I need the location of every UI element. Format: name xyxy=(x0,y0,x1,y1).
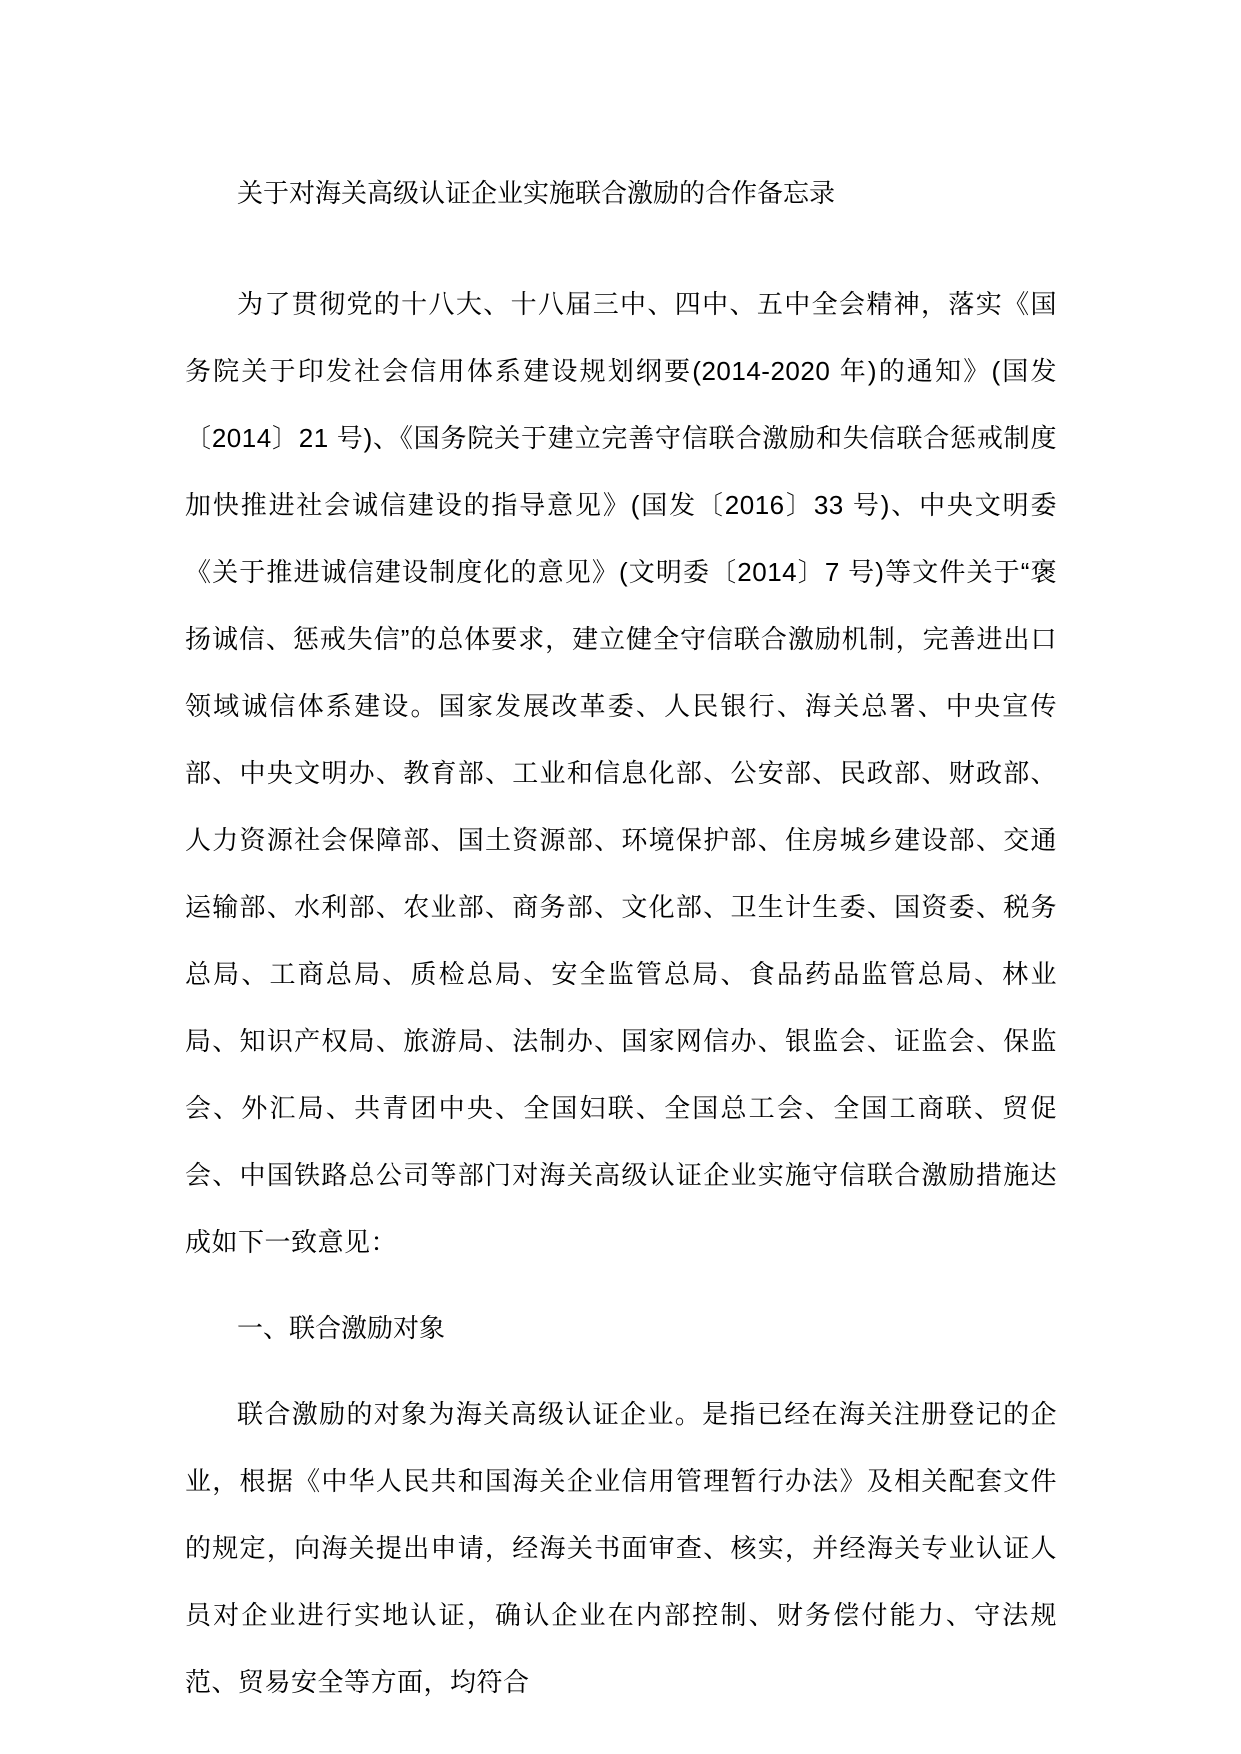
document-title: 关于对海关高级认证企业实施联合激励的合作备忘录 xyxy=(185,160,1057,227)
paragraph-intro: 为了贯彻党的十八大、十八届三中、四中、五中全会精神，落实《国务院关于印发社会信用… xyxy=(185,271,1057,1276)
document-page: 关于对海关高级认证企业实施联合激励的合作备忘录 为了贯彻党的十八大、十八届三中、… xyxy=(0,0,1241,1754)
paragraph-section-1-body: 联合激励的对象为海关高级认证企业。是指已经在海关注册登记的企业，根据《中华人民共… xyxy=(185,1381,1057,1716)
section-1-heading: 一、联合激励对象 xyxy=(185,1295,1057,1362)
